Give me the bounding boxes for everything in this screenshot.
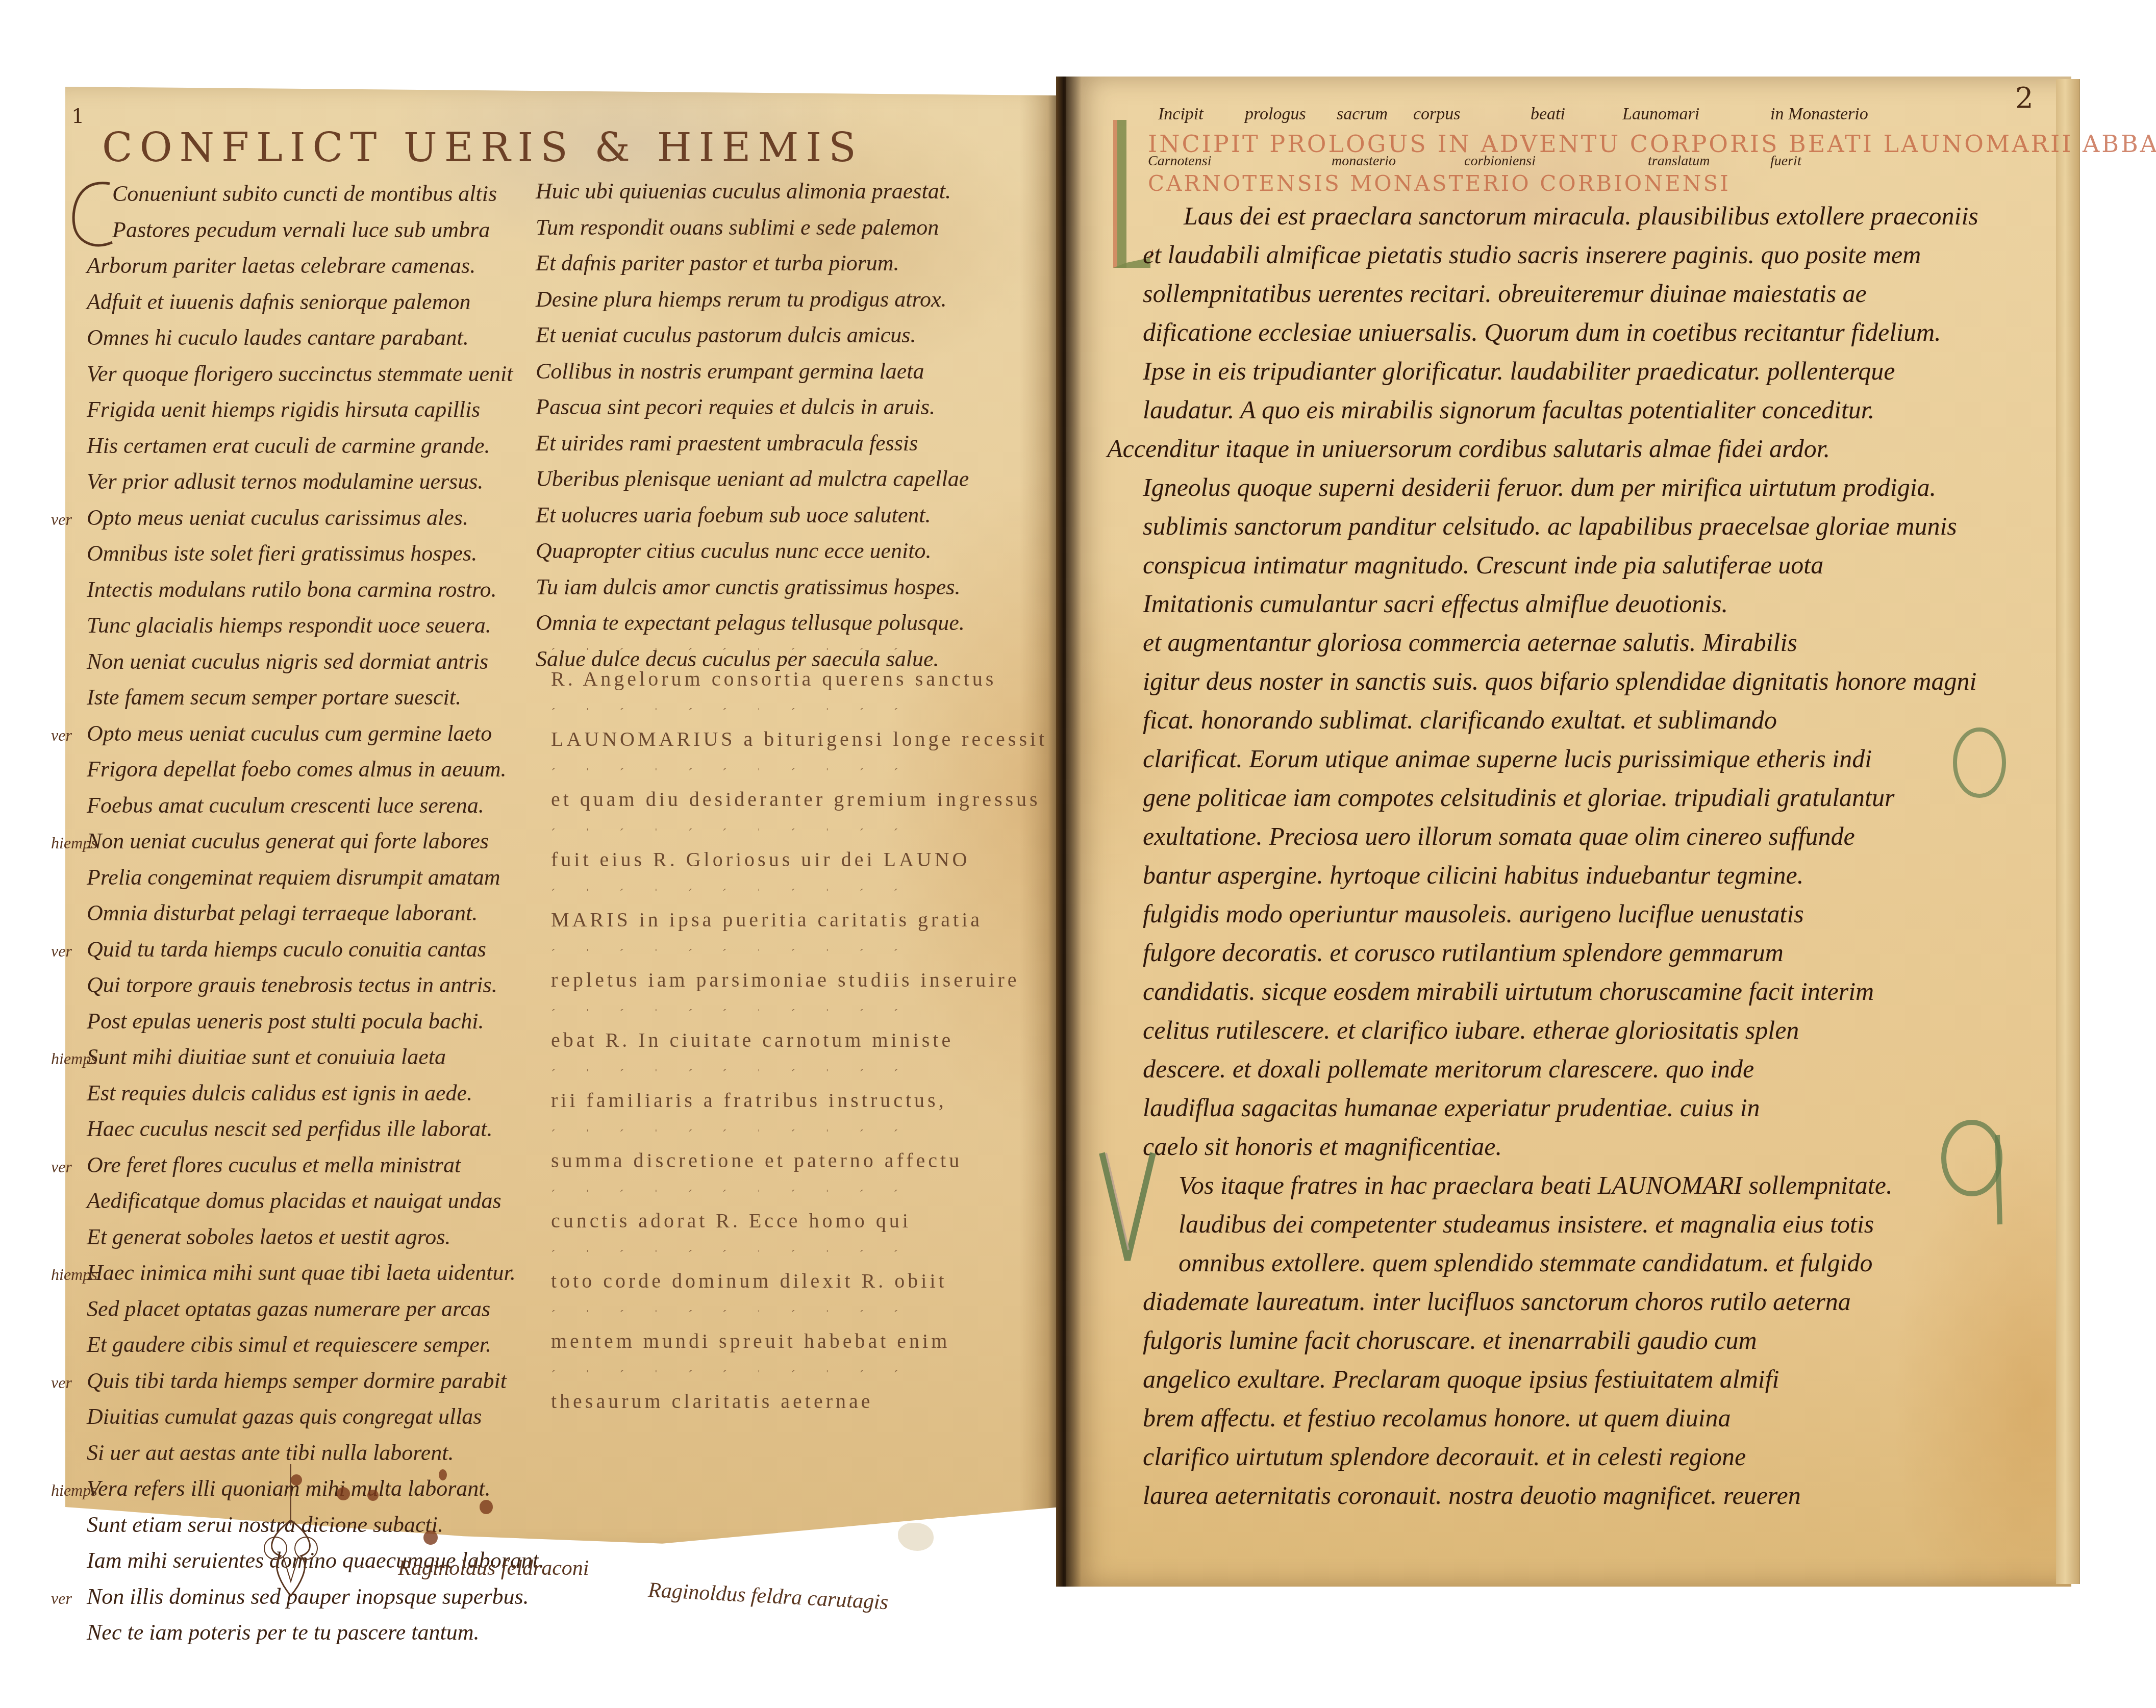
verse-line: Huic ubi quiuenias cuculus alimonia prae… [536, 173, 995, 210]
prose-line: exultatione. Preciosa uero illorum somat… [1107, 817, 2066, 856]
prose-line: Vos itaque fratres in hac praeclara beat… [1107, 1166, 2066, 1204]
prose-line: clarificat. Eorum utique animae superne … [1107, 739, 2066, 778]
verse-line: Iste famem secum semper portare suescit. [66, 680, 525, 716]
prose-line: dificatione ecclesiae uniuersalis. Quoru… [1107, 313, 2066, 351]
prose-line: laudatur. A quo eis mirabilis signorum f… [1107, 390, 2066, 429]
prose-line: sublimis sanctorum panditur celsitudo. a… [1107, 507, 2066, 545]
prose-line: candidatis. sicque eosdem mirabili uirtu… [1107, 972, 2066, 1011]
ink-stain [480, 1500, 493, 1514]
neume-notation-icon: ˊ ˈ ˊ ˈ ˊ ˊ ˈ ˊ ˈ ˊ ˊ [551, 645, 911, 661]
chant-line: ˊ ˈ ˊ ˈ ˊ ˊ ˈ ˊ ˈ ˊ ˊLAUNOMARIUS a bitur… [551, 700, 1010, 761]
verse-text: Intectis modulans rutilo bona carmina ro… [87, 577, 496, 602]
folio-number-left: 1 [71, 105, 84, 128]
verse-line: Conueniunt subito cuncti de montibus alt… [66, 176, 525, 212]
poem-title: CONFLICT UERIS & HIEMIS [102, 125, 863, 171]
verse-text: Et gaudere cibis simul et requiescere se… [87, 1332, 491, 1357]
neume-notation-icon: ˊ ˈ ˊ ˈ ˊ ˊ ˈ ˊ ˈ ˊ ˊ [551, 1368, 911, 1383]
marginal-drawing-icon [255, 1464, 327, 1597]
verse-line: hiempsHaec inimica mihi sunt quae tibi l… [66, 1255, 525, 1291]
prose-line: et augmentantur gloriosa commercia aeter… [1107, 623, 2066, 662]
verse-text: Est requies dulcis calidus est ignis in … [87, 1081, 472, 1106]
left-column-b: Huic ubi quiuenias cuculus alimonia prae… [536, 173, 995, 677]
ink-stain [337, 1487, 350, 1500]
ink-stain [291, 1474, 302, 1486]
verse-text: Haec cuculus nescit sed perfidus ille la… [87, 1116, 493, 1141]
manuscript-photo: 1 CONFLICT UERIS & HIEMIS Conueniunt sub… [0, 0, 2156, 1708]
bottom-inscription-1: Raginoldus feldraconi [398, 1556, 589, 1580]
gloss-word: corpus [1413, 105, 1461, 124]
left-column-a: Conueniunt subito cuncti de montibus alt… [66, 176, 525, 1651]
prose-line: Accenditur itaque in uniuersorum cordibu… [1107, 429, 2066, 468]
verse-line: Collibus in nostris erumpant germina lae… [536, 354, 995, 390]
verse-line: His certamen erat cuculi de carmine gran… [66, 428, 525, 464]
verse-text: Prelia congeminat requiem disrumpit amat… [87, 865, 500, 890]
verse-text: Iste famem secum semper portare suescit. [87, 685, 461, 710]
prose-line: Igneolus quoque superni desiderii feruor… [1107, 468, 2066, 507]
prose-line: omnibus extollere. quem splendido stemma… [1107, 1243, 2066, 1282]
prose-line: laurea aeternitatis coronauit. nostra de… [1107, 1476, 2066, 1515]
prose-line: igitur deus noster in sanctis suis. quos… [1107, 662, 2066, 700]
verse-line: Diuitias cumulat gazas quis congregat ul… [66, 1399, 525, 1435]
verse-line: Quapropter citius cuculus nunc ecce ueni… [536, 533, 995, 569]
verse-text: Foebus amat cuculum crescenti luce seren… [87, 793, 484, 818]
verse-text: Non ueniat cuculus nigris sed dormiat an… [87, 649, 488, 674]
verse-line: Pastores pecudum vernali luce sub umbra [66, 212, 525, 248]
chant-line: ˊ ˈ ˊ ˈ ˊ ˊ ˈ ˊ ˈ ˊ ˊMARIS in ipsa pueri… [551, 881, 1010, 941]
neume-notation-icon: ˊ ˈ ˊ ˈ ˊ ˊ ˈ ˊ ˈ ˊ ˊ [551, 1247, 911, 1263]
verse-text: Opto meus ueniat cuculus carissimus ales… [87, 505, 468, 530]
verse-line: Tu iam dulcis amor cunctis gratissimus h… [536, 569, 995, 606]
verse-text: His certamen erat cuculi de carmine gran… [87, 433, 490, 458]
prose-line: angelico exultare. Preclaram quoque ipsi… [1107, 1360, 2066, 1398]
verse-text: Et generat soboles laetos et uestit agro… [87, 1224, 450, 1249]
verse-line: Intectis modulans rutilo bona carmina ro… [66, 572, 525, 608]
chant-line: ˊ ˈ ˊ ˈ ˊ ˊ ˈ ˊ ˈ ˊ ˊmentem mundi spreui… [551, 1302, 1010, 1363]
verse-text: Omnia disturbat pelagi terraeque laboran… [87, 900, 478, 925]
ink-stain [439, 1469, 447, 1480]
neume-notation-icon: ˊ ˈ ˊ ˈ ˊ ˊ ˈ ˊ ˈ ˊ ˊ [551, 1007, 911, 1022]
chant-text: thesaurum claritatis aeternae [551, 1389, 873, 1413]
prose-line: laudiflua sagacitas humanae experiatur p… [1107, 1088, 2066, 1127]
verse-line: Arborum pariter laetas celebrare camenas… [66, 248, 525, 284]
neume-notation-icon: ˊ ˈ ˊ ˈ ˊ ˊ ˈ ˊ ˈ ˊ ˊ [551, 946, 911, 962]
verse-line: Frigora depellat foebo comes almus in ae… [66, 751, 525, 788]
neume-notation-icon: ˊ ˈ ˊ ˈ ˊ ˊ ˈ ˊ ˈ ˊ ˊ [551, 1127, 911, 1142]
gloss-word: sacrum [1337, 105, 1388, 124]
gloss-word: translatum [1648, 153, 1710, 169]
verse-text: Pastores pecudum vernali luce sub umbra [112, 217, 490, 242]
chant-line: ˊ ˈ ˊ ˈ ˊ ˊ ˈ ˊ ˈ ˊ ˊebat R. In ciuitate… [551, 1001, 1010, 1062]
verse-text: Nec te iam poteris per te tu pascere tan… [87, 1620, 479, 1645]
verse-line: Omnibus iste solet fieri gratissimus hos… [66, 536, 525, 572]
verse-line: Et uirides rami praestent umbracula fess… [536, 425, 995, 462]
chant-text: toto corde dominum dilexit R. obiit [551, 1269, 947, 1293]
prose-line: diademate laureatum. inter lucifluos san… [1107, 1282, 2066, 1321]
parchment-repair-patch [898, 1523, 934, 1551]
verse-line: Et generat soboles laetos et uestit agro… [66, 1219, 525, 1255]
verse-line: Omnia disturbat pelagi terraeque laboran… [66, 895, 525, 932]
verse-text: Aedificatque domus placidas et nauigat u… [87, 1188, 502, 1213]
verse-text: Frigida uenit hiemps rigidis hirsuta cap… [87, 397, 480, 422]
verse-line: Est requies dulcis calidus est ignis in … [66, 1075, 525, 1112]
verse-text: Ore feret flores cuculus et mella minist… [87, 1152, 461, 1177]
gloss-word: Incipit [1158, 105, 1204, 124]
prose-line: Ipse in eis tripudianter glorificatur. l… [1107, 351, 2066, 390]
verse-text: Omnes hi cuculo laudes cantare parabant. [87, 325, 469, 350]
neume-notation-icon: ˊ ˈ ˊ ˈ ˊ ˊ ˈ ˊ ˈ ˊ ˊ [551, 1187, 911, 1202]
verse-line: Ver prior adlusit ternos modulamine uers… [66, 464, 525, 500]
chant-line: ˊ ˈ ˊ ˈ ˊ ˊ ˈ ˊ ˈ ˊ ˊthesaurum claritati… [551, 1363, 1010, 1423]
chant-text: LAUNOMARIUS a biturigensi longe recessit [551, 727, 1047, 751]
verse-line: Foebus amat cuculum crescenti luce seren… [66, 788, 525, 824]
chant-text: ebat R. In ciuitate carnotum ministe [551, 1028, 954, 1052]
verse-line: verQuis tibi tarda hiemps semper dormire… [66, 1363, 525, 1399]
chant-text: et quam diu desideranter gremium ingress… [551, 787, 1041, 811]
neume-notation-icon: ˊ ˈ ˊ ˈ ˊ ˊ ˈ ˊ ˈ ˊ ˊ [551, 886, 911, 901]
prose-line: et laudabili almificae pietatis studio s… [1107, 235, 2066, 274]
chant-text: mentem mundi spreuit habebat enim [551, 1329, 950, 1353]
verse-line: verOpto meus ueniat cuculus cum germine … [66, 716, 525, 752]
prose-line: fulgidis modo operiuntur mausoleis. auri… [1107, 894, 2066, 933]
ink-stain [423, 1530, 438, 1545]
verse-line: Et dafnis pariter pastor et turba piorum… [536, 245, 995, 282]
gloss-word: corbioniensi [1464, 153, 1536, 169]
verse-line: hiempsSunt mihi diuitiae sunt et conuiui… [66, 1039, 525, 1075]
verse-line: Qui torpore grauis tenebrosis tectus in … [66, 967, 525, 1003]
gloss-word: Carnotensi [1148, 153, 1211, 169]
verse-line: Uberibus plenisque ueniant ad mulctra ca… [536, 461, 995, 497]
verse-line: Et gaudere cibis simul et requiescere se… [66, 1327, 525, 1363]
verse-line: Haec cuculus nescit sed perfidus ille la… [66, 1111, 525, 1147]
verse-text: Ver prior adlusit ternos modulamine uers… [87, 469, 483, 494]
prose-line: sollempnitatibus uerentes recitari. obre… [1107, 274, 2066, 313]
verse-text: Tunc glacialis hiemps respondit uoce seu… [87, 613, 491, 638]
neume-notation-icon: ˊ ˈ ˊ ˈ ˊ ˊ ˈ ˊ ˈ ˊ ˊ [551, 1067, 911, 1082]
chant-line: ˊ ˈ ˊ ˈ ˊ ˊ ˈ ˊ ˈ ˊ ˊrepletus iam parsim… [551, 941, 1010, 1001]
verse-line: Tunc glacialis hiemps respondit uoce seu… [66, 608, 525, 644]
decorated-initial-q-icon [1939, 1115, 2010, 1227]
verse-line: verQuid tu tarda hiemps cuculo conuitia … [66, 932, 525, 968]
neume-notation-icon: ˊ ˈ ˊ ˈ ˊ ˊ ˈ ˊ ˈ ˊ ˊ [551, 706, 911, 721]
verse-text: Opto meus ueniat cuculus cum germine lae… [87, 721, 492, 746]
verse-text: Sed placet optatas gazas numerare per ar… [87, 1296, 490, 1321]
verse-text: Post epulas ueneris post stulti pocula b… [87, 1009, 484, 1034]
neume-notation-icon: ˊ ˈ ˊ ˈ ˊ ˊ ˈ ˊ ˈ ˊ ˊ [551, 766, 911, 781]
verse-line: verOpto meus ueniat cuculus carissimus a… [66, 500, 525, 536]
prose-line: laudibus dei competenter studeamus insis… [1107, 1204, 2066, 1243]
verse-text: Si uer aut aestas ante tibi nulla labore… [87, 1440, 454, 1465]
prose-line: ficat. honorando sublimat. clarificando … [1107, 700, 2066, 739]
prose-line: celitus rutilescere. et clarifico iubare… [1107, 1011, 2066, 1049]
chant-line: ˊ ˈ ˊ ˈ ˊ ˊ ˈ ˊ ˈ ˊ ˊfuit eius R. Glorio… [551, 821, 1010, 881]
rubric-heading-2: CARNOTENSIS MONASTERIO CORBIONENSI [1148, 171, 1731, 196]
right-main-text: Laus dei est praeclara sanctorum miracul… [1107, 196, 2066, 1515]
chant-text: MARIS in ipsa pueritia caritatis gratia [551, 908, 983, 932]
chant-line: ˊ ˈ ˊ ˈ ˊ ˊ ˈ ˊ ˈ ˊ ˊR. Angelorum consor… [551, 640, 1010, 700]
chant-text: summa discretione et paterno affectu [551, 1148, 962, 1172]
chant-notation-block: ˊ ˈ ˊ ˈ ˊ ˊ ˈ ˊ ˈ ˊ ˊR. Angelorum consor… [551, 640, 1010, 1423]
verse-line: Pascua sint pecori requies et dulcis in … [536, 389, 995, 425]
bottom-inscription-2: Raginoldus feldra carutagis [647, 1578, 889, 1615]
neume-notation-icon: ˊ ˈ ˊ ˈ ˊ ˊ ˈ ˊ ˈ ˊ ˊ [551, 826, 911, 841]
verse-text: Frigora depellat foebo comes almus in ae… [87, 757, 506, 782]
decorated-initial-v-icon [1097, 1148, 1163, 1265]
verse-line: Omnes hi cuculo laudes cantare parabant. [66, 320, 525, 356]
prose-line: caelo sit honoris et magnificentiae. [1107, 1127, 2066, 1166]
ink-stain [367, 1490, 379, 1501]
prose-line: brem affectu. et festiuo recolamus honor… [1107, 1398, 2066, 1437]
verse-line: Frigida uenit hiemps rigidis hirsuta cap… [66, 392, 525, 428]
chant-text: R. Angelorum consortia querens sanctus [551, 667, 996, 691]
chant-text: cunctis adorat R. Ecce homo qui [551, 1209, 911, 1233]
verse-line: Non ueniat cuculus nigris sed dormiat an… [66, 644, 525, 680]
chant-line: ˊ ˈ ˊ ˈ ˊ ˊ ˈ ˊ ˈ ˊ ˊrii familiaris a fr… [551, 1062, 1010, 1122]
verse-line: Tum respondit ouans sublimi e sede palem… [536, 210, 995, 246]
prose-line: fulgore decoratis. et corusco rutilantiu… [1107, 933, 2066, 972]
chant-line: ˊ ˈ ˊ ˈ ˊ ˊ ˈ ˊ ˈ ˊ ˊsumma discretione e… [551, 1122, 1010, 1182]
gloss-word: monasterio [1332, 153, 1396, 169]
prose-line: descere. et doxali pollemate meritorum c… [1107, 1049, 2066, 1088]
verse-text: Adfuit et iuuenis dafnis seniorque palem… [87, 289, 470, 314]
verse-line: verOre feret flores cuculus et mella min… [66, 1147, 525, 1184]
prose-line: gene politicae iam compotes celsitudinis… [1107, 778, 2066, 817]
verse-line: Et ueniat cuculus pastorum dulcis amicus… [536, 317, 995, 354]
prose-line: clarifico uirtutum splendore decorauit. … [1107, 1437, 2066, 1476]
verse-line: Et uolucres uaria foebum sub uoce salute… [536, 497, 995, 534]
verse-text: Quis tibi tarda hiemps semper dormire pa… [87, 1368, 507, 1393]
verse-line: Post epulas ueneris post stulti pocula b… [66, 1003, 525, 1040]
chant-text: rii familiaris a fratribus instructus, [551, 1088, 947, 1112]
verse-line: Adfuit et iuuenis dafnis seniorque palem… [66, 284, 525, 320]
gloss-word: fuerit [1770, 153, 1801, 169]
gloss-word: prologus [1245, 105, 1306, 124]
verse-text: Ver quoque florigero succinctus stemmate… [87, 361, 513, 386]
prose-line: Imitationis cumulantur sacri effectus al… [1107, 584, 2066, 623]
verse-line: Omnia te expectant pelagus tellusque pol… [536, 605, 995, 641]
verse-line: hiempsNon ueniat cuculus generat qui for… [66, 823, 525, 860]
prose-line: conspicua intimatur magnitudo. Crescunt … [1107, 545, 2066, 584]
verse-line: Ver quoque florigero succinctus stemmate… [66, 356, 525, 392]
chant-line: ˊ ˈ ˊ ˈ ˊ ˊ ˈ ˊ ˈ ˊ ˊtoto corde dominum … [551, 1242, 1010, 1302]
chant-line: ˊ ˈ ˊ ˈ ˊ ˊ ˈ ˊ ˈ ˊ ˊet quam diu desider… [551, 761, 1010, 821]
chant-text: repletus iam parsimoniae studiis inserui… [551, 968, 1020, 992]
verse-text: Arborum pariter laetas celebrare camenas… [87, 253, 475, 278]
chant-text: fuit eius R. Gloriosus uir dei LAUNO [551, 847, 970, 871]
neume-notation-icon: ˊ ˈ ˊ ˈ ˊ ˊ ˈ ˊ ˈ ˊ ˊ [551, 1308, 911, 1323]
gloss-word: Launomari [1622, 105, 1699, 124]
prose-line: Laus dei est praeclara sanctorum miracul… [1107, 196, 2066, 235]
verse-text: Non ueniat cuculus generat qui forte lab… [87, 828, 489, 853]
verse-line: Prelia congeminat requiem disrumpit amat… [66, 860, 525, 896]
verse-line: Desine plura hiemps rerum tu prodigus at… [536, 282, 995, 318]
verse-line: Sed placet optatas gazas numerare per ar… [66, 1291, 525, 1327]
gloss-word: in Monasterio [1770, 105, 1868, 124]
chant-line: ˊ ˈ ˊ ˈ ˊ ˊ ˈ ˊ ˈ ˊ ˊcunctis adorat R. E… [551, 1182, 1010, 1242]
folio-number-right: 2 [2015, 82, 2034, 115]
verse-line: Nec te iam poteris per te tu pascere tan… [66, 1615, 525, 1651]
verse-line: Aedificatque domus placidas et nauigat u… [66, 1183, 525, 1219]
prose-line: bantur aspergine. hyrtoque cilicini habi… [1107, 856, 2066, 894]
verse-text: Conueniunt subito cuncti de montibus alt… [112, 181, 497, 206]
verse-text: Quid tu tarda hiemps cuculo conuitia can… [87, 937, 486, 962]
gloss-word: beati [1531, 105, 1565, 124]
verse-text: Haec inimica mihi sunt quae tibi laeta u… [87, 1260, 516, 1285]
verse-text: Qui torpore grauis tenebrosis tectus in … [87, 972, 497, 997]
verse-text: Diuitias cumulat gazas quis congregat ul… [87, 1404, 482, 1429]
verse-text: Sunt mihi diuitiae sunt et conuiuia laet… [87, 1044, 446, 1069]
verse-text: Omnibus iste solet fieri gratissimus hos… [87, 541, 477, 566]
prose-line: fulgoris lumine facit choruscare. et ine… [1107, 1321, 2066, 1360]
